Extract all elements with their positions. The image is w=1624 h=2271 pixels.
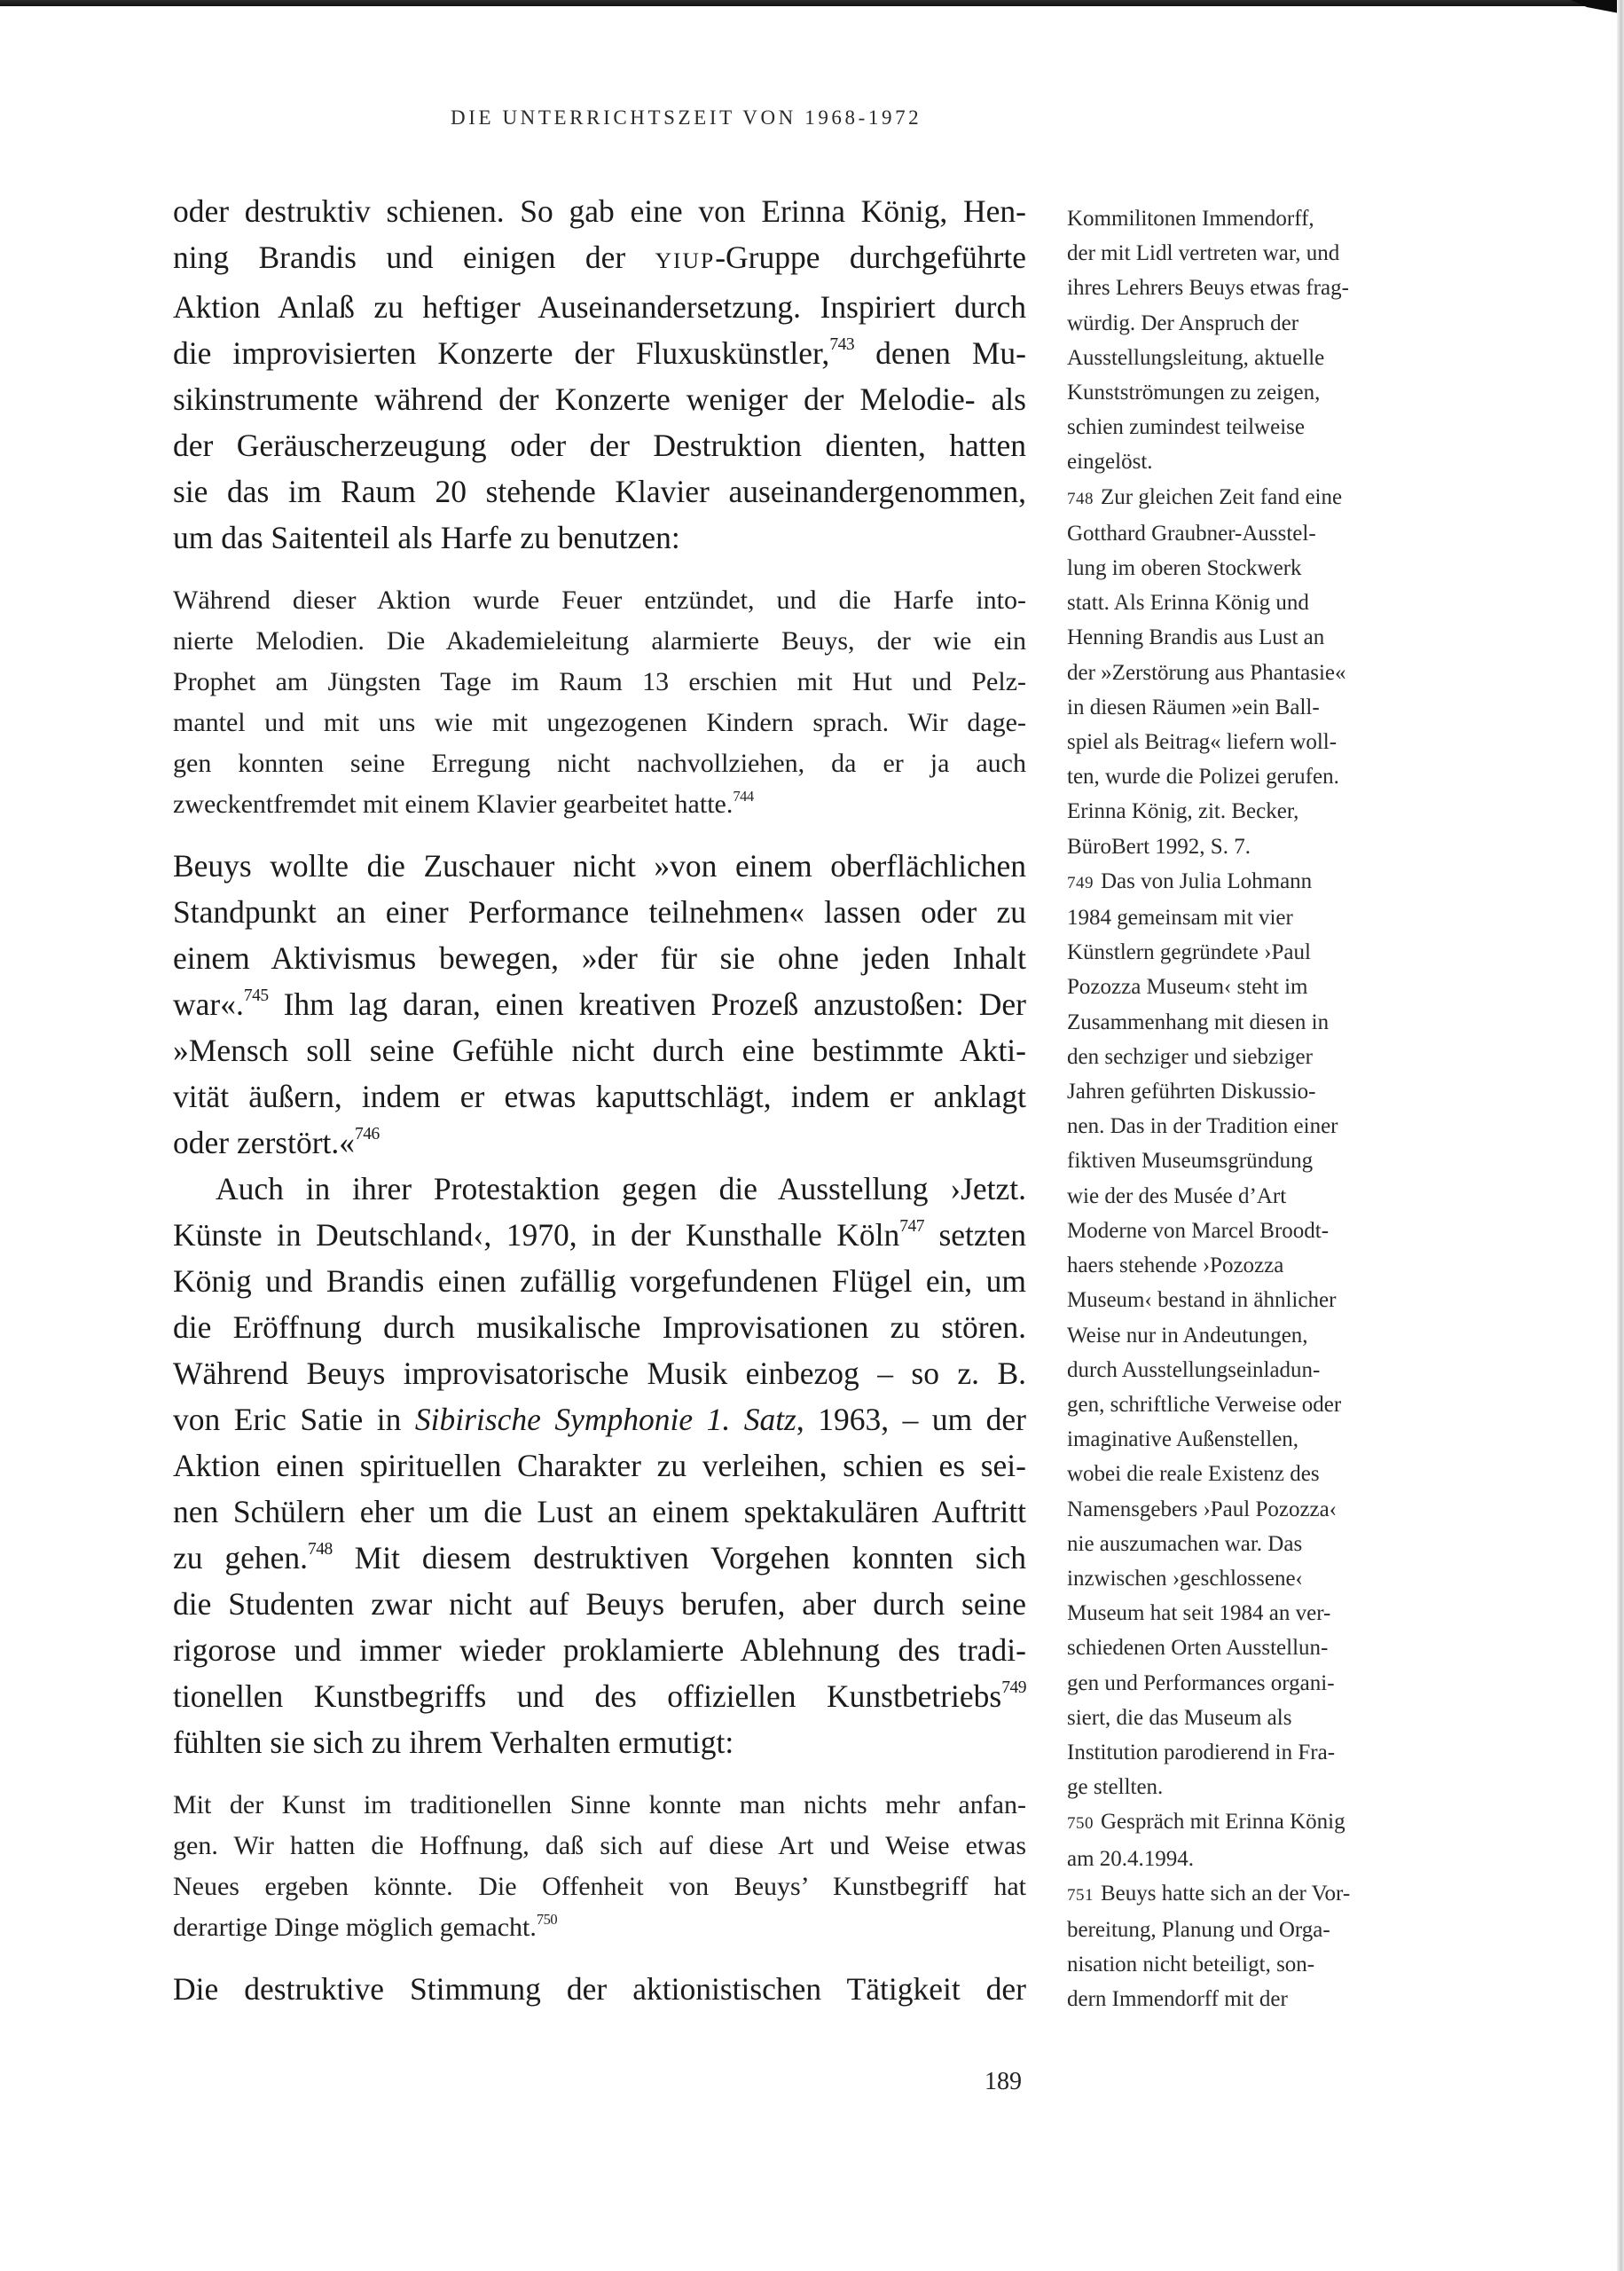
- note-748: 748Zur gleichen Zeit fand eine Gotthard …: [1067, 480, 1404, 864]
- page-number: 189: [985, 2068, 1022, 2096]
- note-749: 749Das von Julia Lohmann 1984 gemeinsam …: [1067, 864, 1404, 1804]
- text-line: Auch in ihrer Protestaktion gegen die Au…: [173, 1166, 1026, 1212]
- running-head: DIE UNTERRICHTSZEIT VON 1968-1972: [451, 106, 1160, 130]
- text-line: Künste in Deutschland‹, 1970, in der Kun…: [173, 1212, 1026, 1258]
- text-line: ning Brandis und einigen der YIUP-Gruppe…: [173, 234, 1026, 284]
- text-line: »Mensch soll seine Gefühle nicht durch e…: [173, 1027, 1026, 1073]
- text-line: Die destruktive Stimmung der aktionistis…: [173, 1966, 1026, 2012]
- paragraph-3: Auch in ihrer Protestaktion gegen die Au…: [173, 1166, 1026, 1765]
- text-line: Beuys wollte die Zuschauer nicht »von ei…: [173, 843, 1026, 889]
- quote-line: mantel und mit uns wie mit ungezogenen K…: [173, 703, 1026, 743]
- text-line: oder zerstört.«746: [173, 1120, 1026, 1166]
- quote-line: Mit der Kunst im traditionellen Sinne ko…: [173, 1785, 1026, 1826]
- text-line: Standpunkt an einer Performance teilnehm…: [173, 889, 1026, 935]
- text-line: oder destruktiv schienen. So gab eine vo…: [173, 188, 1026, 234]
- text-line: König und Brandis einen zufällig vorgefu…: [173, 1258, 1026, 1304]
- paragraph-1: oder destruktiv schienen. So gab eine vo…: [173, 188, 1026, 561]
- quote-line: gen. Wir hatten die Hoffnung, daß sich a…: [173, 1826, 1026, 1866]
- note-750: 750Gespräch mit Erinna König am 20.4.199…: [1067, 1804, 1404, 1875]
- paragraph-2: Beuys wollte die Zuschauer nicht »von ei…: [173, 843, 1026, 1166]
- text-line: zu gehen.748 Mit diesem destruktiven Vor…: [173, 1535, 1026, 1581]
- quote-line: nierte Melodien. Die Akademieleitung ala…: [173, 621, 1026, 662]
- text-line: Während Beuys improvisatorische Musik ei…: [173, 1350, 1026, 1396]
- note-747-continued: Kommilitonen Immendorff, der mit Lidl ve…: [1067, 201, 1404, 480]
- text-line: sikinstrumente während der Konzerte weni…: [173, 376, 1026, 422]
- footnote-ref-748[interactable]: 748: [308, 1540, 333, 1559]
- text-line: vität äußern, indem er etwas kaputtschlä…: [173, 1073, 1026, 1120]
- footnote-ref-749[interactable]: 749: [1001, 1678, 1026, 1697]
- quote-line: Neues ergeben könnte. Die Offenheit von …: [173, 1866, 1026, 1907]
- scan-top-edge: [0, 0, 1624, 6]
- quote-line: Während dieser Aktion wurde Feuer entzün…: [173, 580, 1026, 621]
- main-text-column: oder destruktiv schienen. So gab eine vo…: [173, 188, 1026, 2012]
- footnote-ref-744[interactable]: 744: [733, 788, 753, 805]
- text-line: tionellen Kunstbegriffs und des offiziel…: [173, 1673, 1026, 1719]
- work-title-italic: Sibirische Symphonie 1. Satz: [415, 1402, 796, 1437]
- text-line: Aktion Anlaß zu heftiger Auseinandersetz…: [173, 284, 1026, 330]
- quote-line: derartige Dinge möglich gemacht.750: [173, 1907, 1026, 1948]
- text-line: die Studenten zwar nicht auf Beuys beruf…: [173, 1581, 1026, 1627]
- text-line: um das Saitenteil als Harfe zu benutzen:: [173, 515, 1026, 561]
- text-line: rigorose und immer wieder proklamierte A…: [173, 1627, 1026, 1673]
- note-number: 749: [1067, 874, 1094, 892]
- block-quote-1: Während dieser Aktion wurde Feuer entzün…: [173, 580, 1026, 825]
- text-line: die Eröffnung durch musikalische Improvi…: [173, 1304, 1026, 1350]
- scan-corner-shadow: [1571, 0, 1624, 14]
- note-number: 750: [1067, 1814, 1094, 1833]
- text-line: nen Schülern eher um die Lust an einem s…: [173, 1489, 1026, 1535]
- note-number: 751: [1067, 1886, 1094, 1905]
- quote-line: Prophet am Jüngsten Tage im Raum 13 ersc…: [173, 662, 1026, 703]
- group-name-smallcaps: YIUP: [655, 248, 716, 273]
- block-quote-2: Mit der Kunst im traditionellen Sinne ko…: [173, 1785, 1026, 1948]
- footnote-ref-747[interactable]: 747: [899, 1217, 924, 1236]
- text-line: war«.745 Ihm lag daran, einen kreativen …: [173, 981, 1026, 1027]
- footnote-ref-750[interactable]: 750: [537, 1911, 557, 1928]
- scan-right-edge: [1617, 0, 1624, 2271]
- text-line: sie das im Raum 20 stehende Klavier ause…: [173, 468, 1026, 515]
- paragraph-4: Die destruktive Stimmung der aktionistis…: [173, 1966, 1026, 2012]
- note-number: 748: [1067, 490, 1094, 508]
- text-line: Aktion einen spirituellen Charakter zu v…: [173, 1442, 1026, 1489]
- text-line: der Geräuscherzeugung oder der Destrukti…: [173, 422, 1026, 468]
- footnote-ref-743[interactable]: 743: [829, 335, 854, 354]
- footnote-ref-746[interactable]: 746: [355, 1125, 380, 1143]
- note-751: 751Beuys hatte sich an der Vor- bereitun…: [1067, 1876, 1404, 2017]
- text-line: einem Aktivismus bewegen, »der für sie o…: [173, 935, 1026, 981]
- text-line: die improvisierten Konzerte der Fluxuskü…: [173, 330, 1026, 376]
- quote-line: gen konnten seine Erregung nicht nachvol…: [173, 743, 1026, 784]
- footnote-ref-745[interactable]: 745: [244, 986, 269, 1005]
- sidenotes-column: Kommilitonen Immendorff, der mit Lidl ve…: [1067, 201, 1404, 2017]
- text-line: von Eric Satie in Sibirische Symphonie 1…: [173, 1396, 1026, 1442]
- quote-line: zweckentfremdet mit einem Klavier gearbe…: [173, 784, 1026, 825]
- text-line: fühlten sie sich zu ihrem Verhalten ermu…: [173, 1719, 1026, 1765]
